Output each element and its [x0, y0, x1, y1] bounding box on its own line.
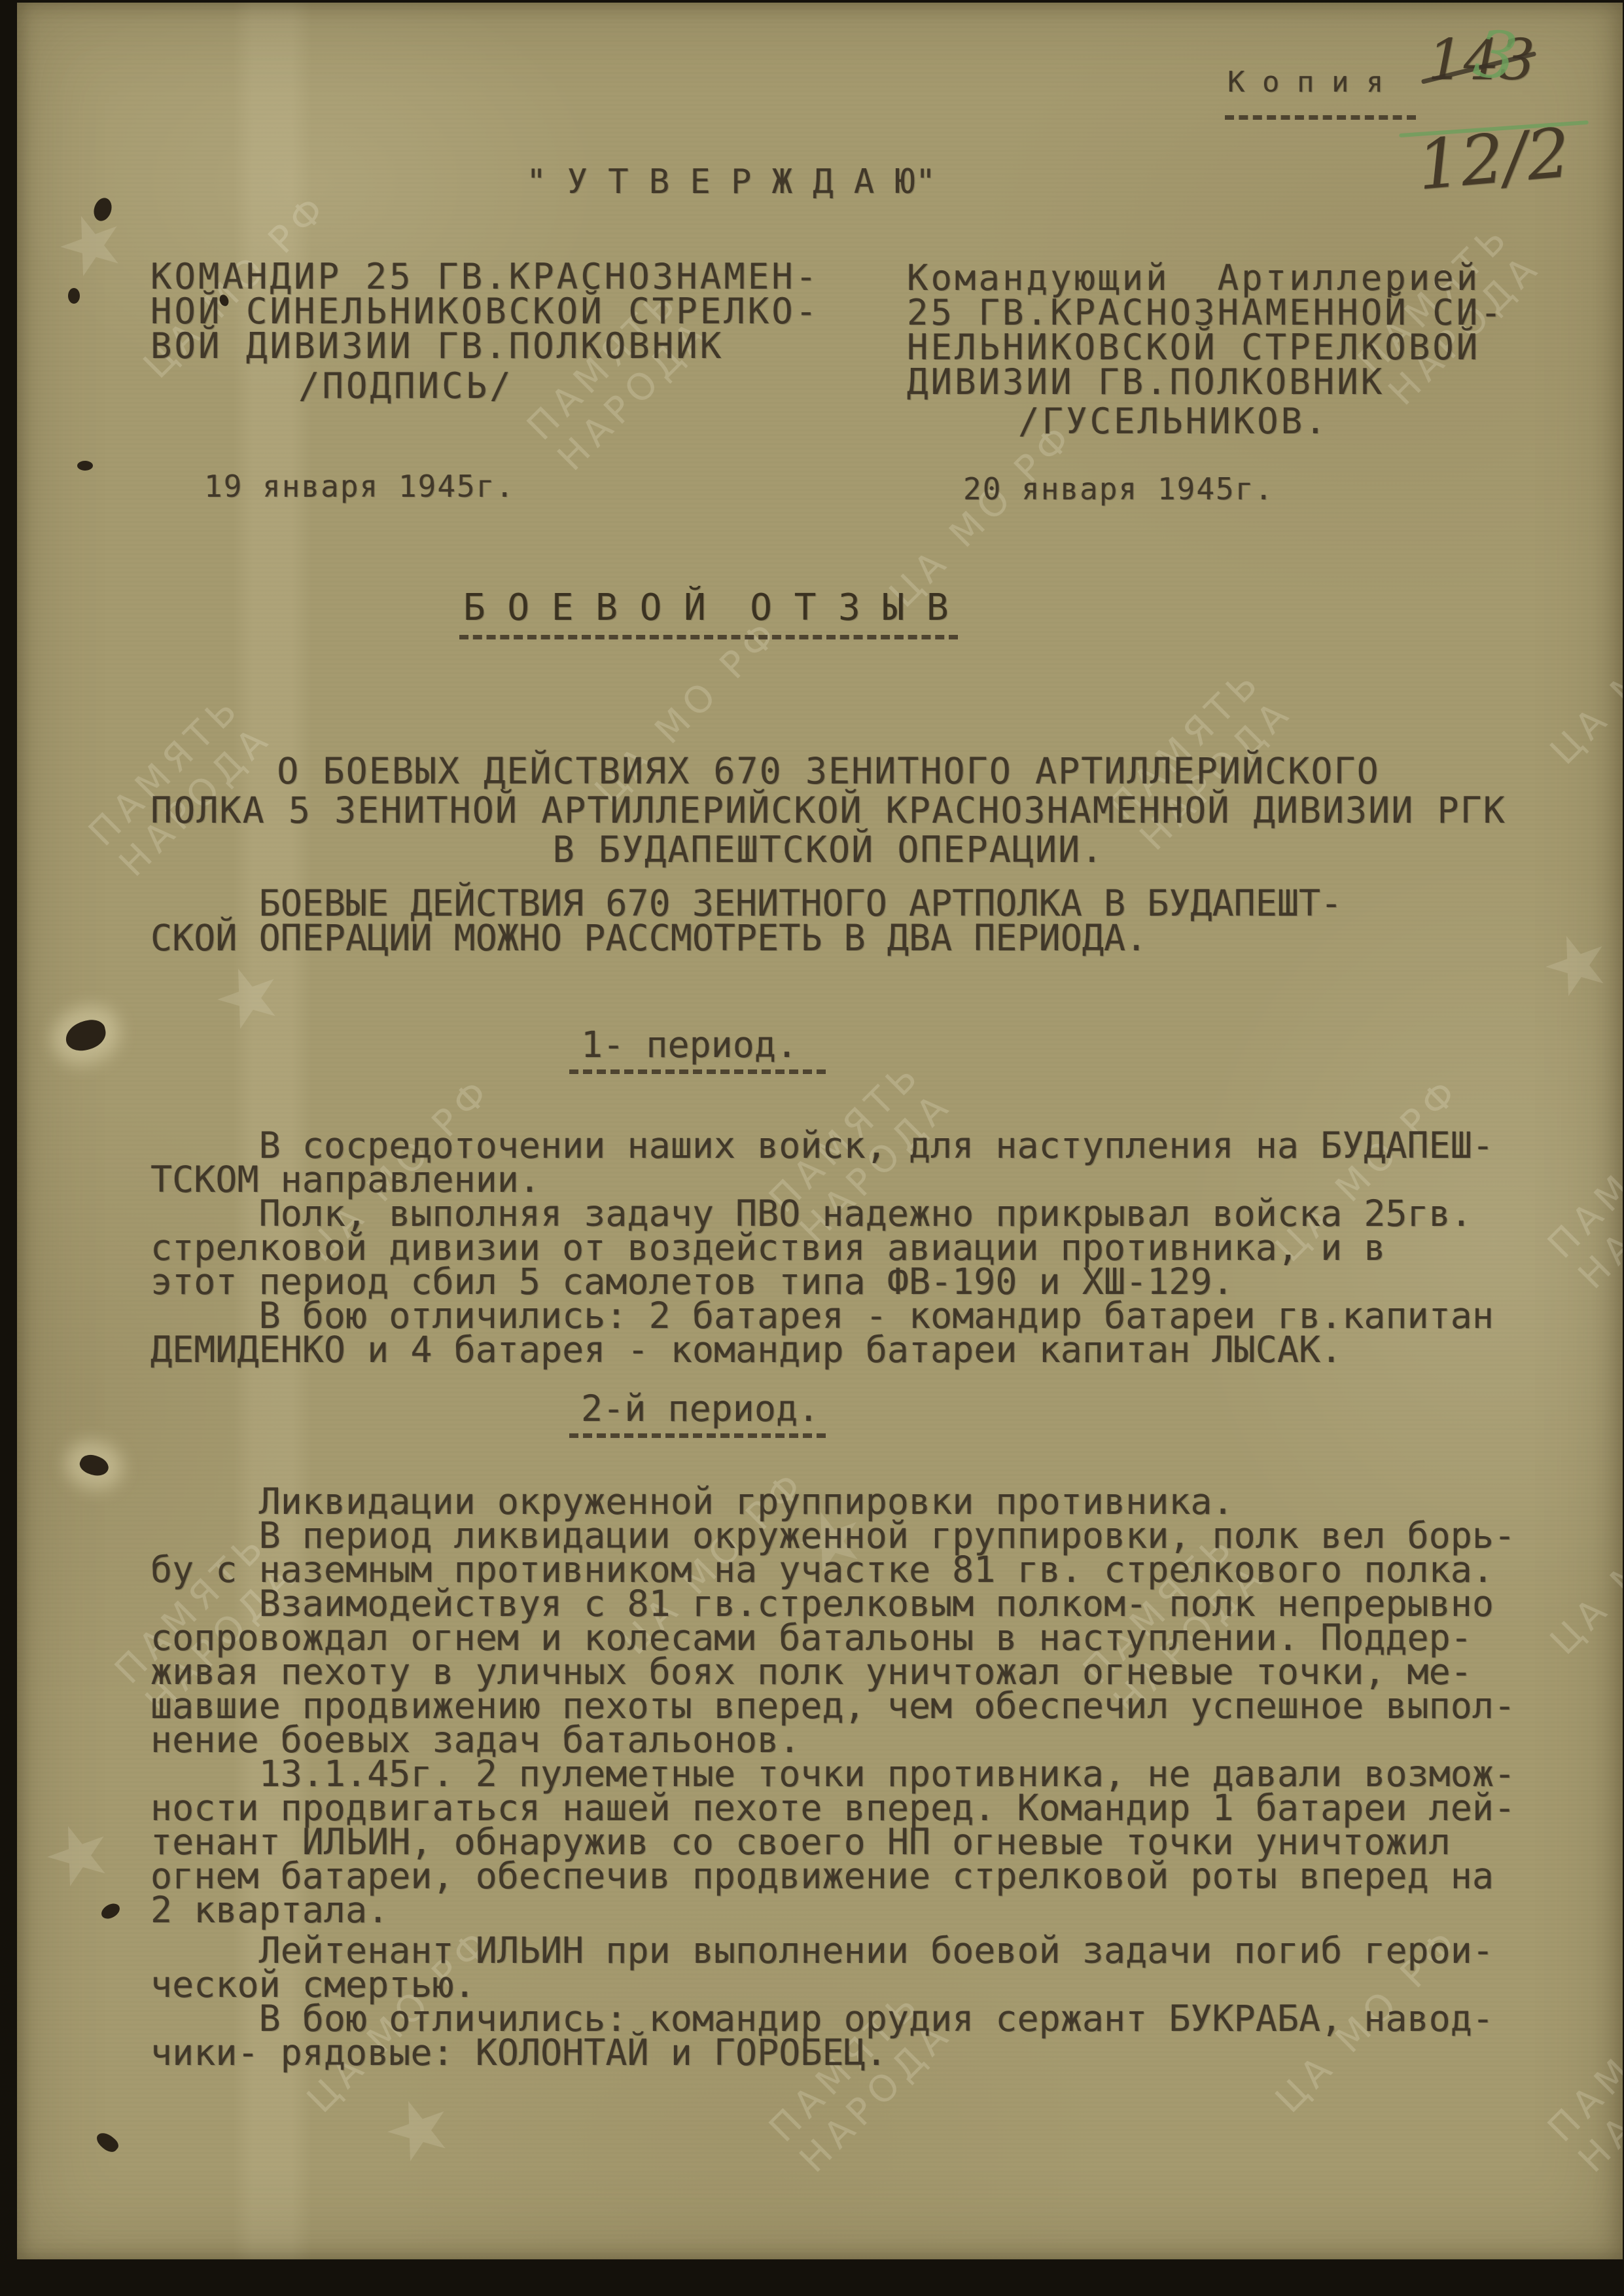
star-watermark-icon: ★	[370, 2075, 467, 2184]
title-underline	[459, 635, 958, 639]
ink-blot	[77, 461, 93, 471]
archive-watermark: ЦА МО РФ	[1542, 571, 1623, 774]
period1-underline	[569, 1069, 826, 1074]
approval-left-signature: /ПОДПИСЬ/	[298, 365, 514, 406]
scanned-document-page: ЦА МО РФПАМЯТЬ НАРОДАЦА МО РФПАМЯТЬ НАРО…	[0, 0, 1624, 2296]
approval-right-signature: /ГУСЕЛЬНИКОВ.	[1018, 401, 1329, 442]
period2-underline	[569, 1433, 826, 1438]
document-title: Б О Е В О Й О Т З Ы В	[463, 586, 949, 629]
period2-body: Ликвидации окруженной группировки против…	[150, 1484, 1603, 1927]
period1-body: В сосредоточении наших войск, для наступ…	[150, 1128, 1603, 1367]
copy-label-underline	[1225, 115, 1416, 120]
approval-left-date: 19 января 1945г.	[204, 469, 515, 504]
crossed-page-number-group: 143 3	[1424, 22, 1568, 120]
paper-sheet: ЦА МО РФПАМЯТЬ НАРОДАЦА МО РФПАМЯТЬ НАРО…	[17, 3, 1623, 2259]
period2-body-continued: Лейтенант ИЛЬИН при выполнении боевой за…	[150, 1933, 1603, 2070]
subject-block: О БОЕВЫХ ДЕЙСТВИЯХ 670 ЗЕНИТНОГО АРТИЛЛЕ…	[115, 751, 1542, 869]
approval-right-lines: Командующий Артиллерией 25 ГВ.КРАСНОЗНАМ…	[907, 260, 1504, 399]
star-watermark-icon: ★	[43, 190, 140, 299]
approve-label: " У Т В Е Р Ж Д А Ю"	[526, 162, 936, 202]
approval-right-date: 20 января 1945г.	[963, 471, 1274, 507]
period1-heading: 1- период.	[581, 1024, 798, 1066]
period2-heading: 2-й период.	[581, 1388, 819, 1429]
ink-blot	[68, 288, 80, 304]
intro-paragraph: БОЕВЫЕ ДЕЙСТВИЯ 670 ЗЕНИТНОГО АРТПОЛКА В…	[150, 886, 1590, 956]
copy-label: К о п и я	[1227, 65, 1383, 99]
handwritten-page-number: 12/2	[1414, 113, 1573, 206]
approval-left-lines: КОМАНДИР 25 ГВ.КРАСНОЗНАМЕН- НОЙ СИНЕЛЬН…	[150, 259, 819, 363]
star-watermark-icon: ★	[29, 1800, 127, 1909]
